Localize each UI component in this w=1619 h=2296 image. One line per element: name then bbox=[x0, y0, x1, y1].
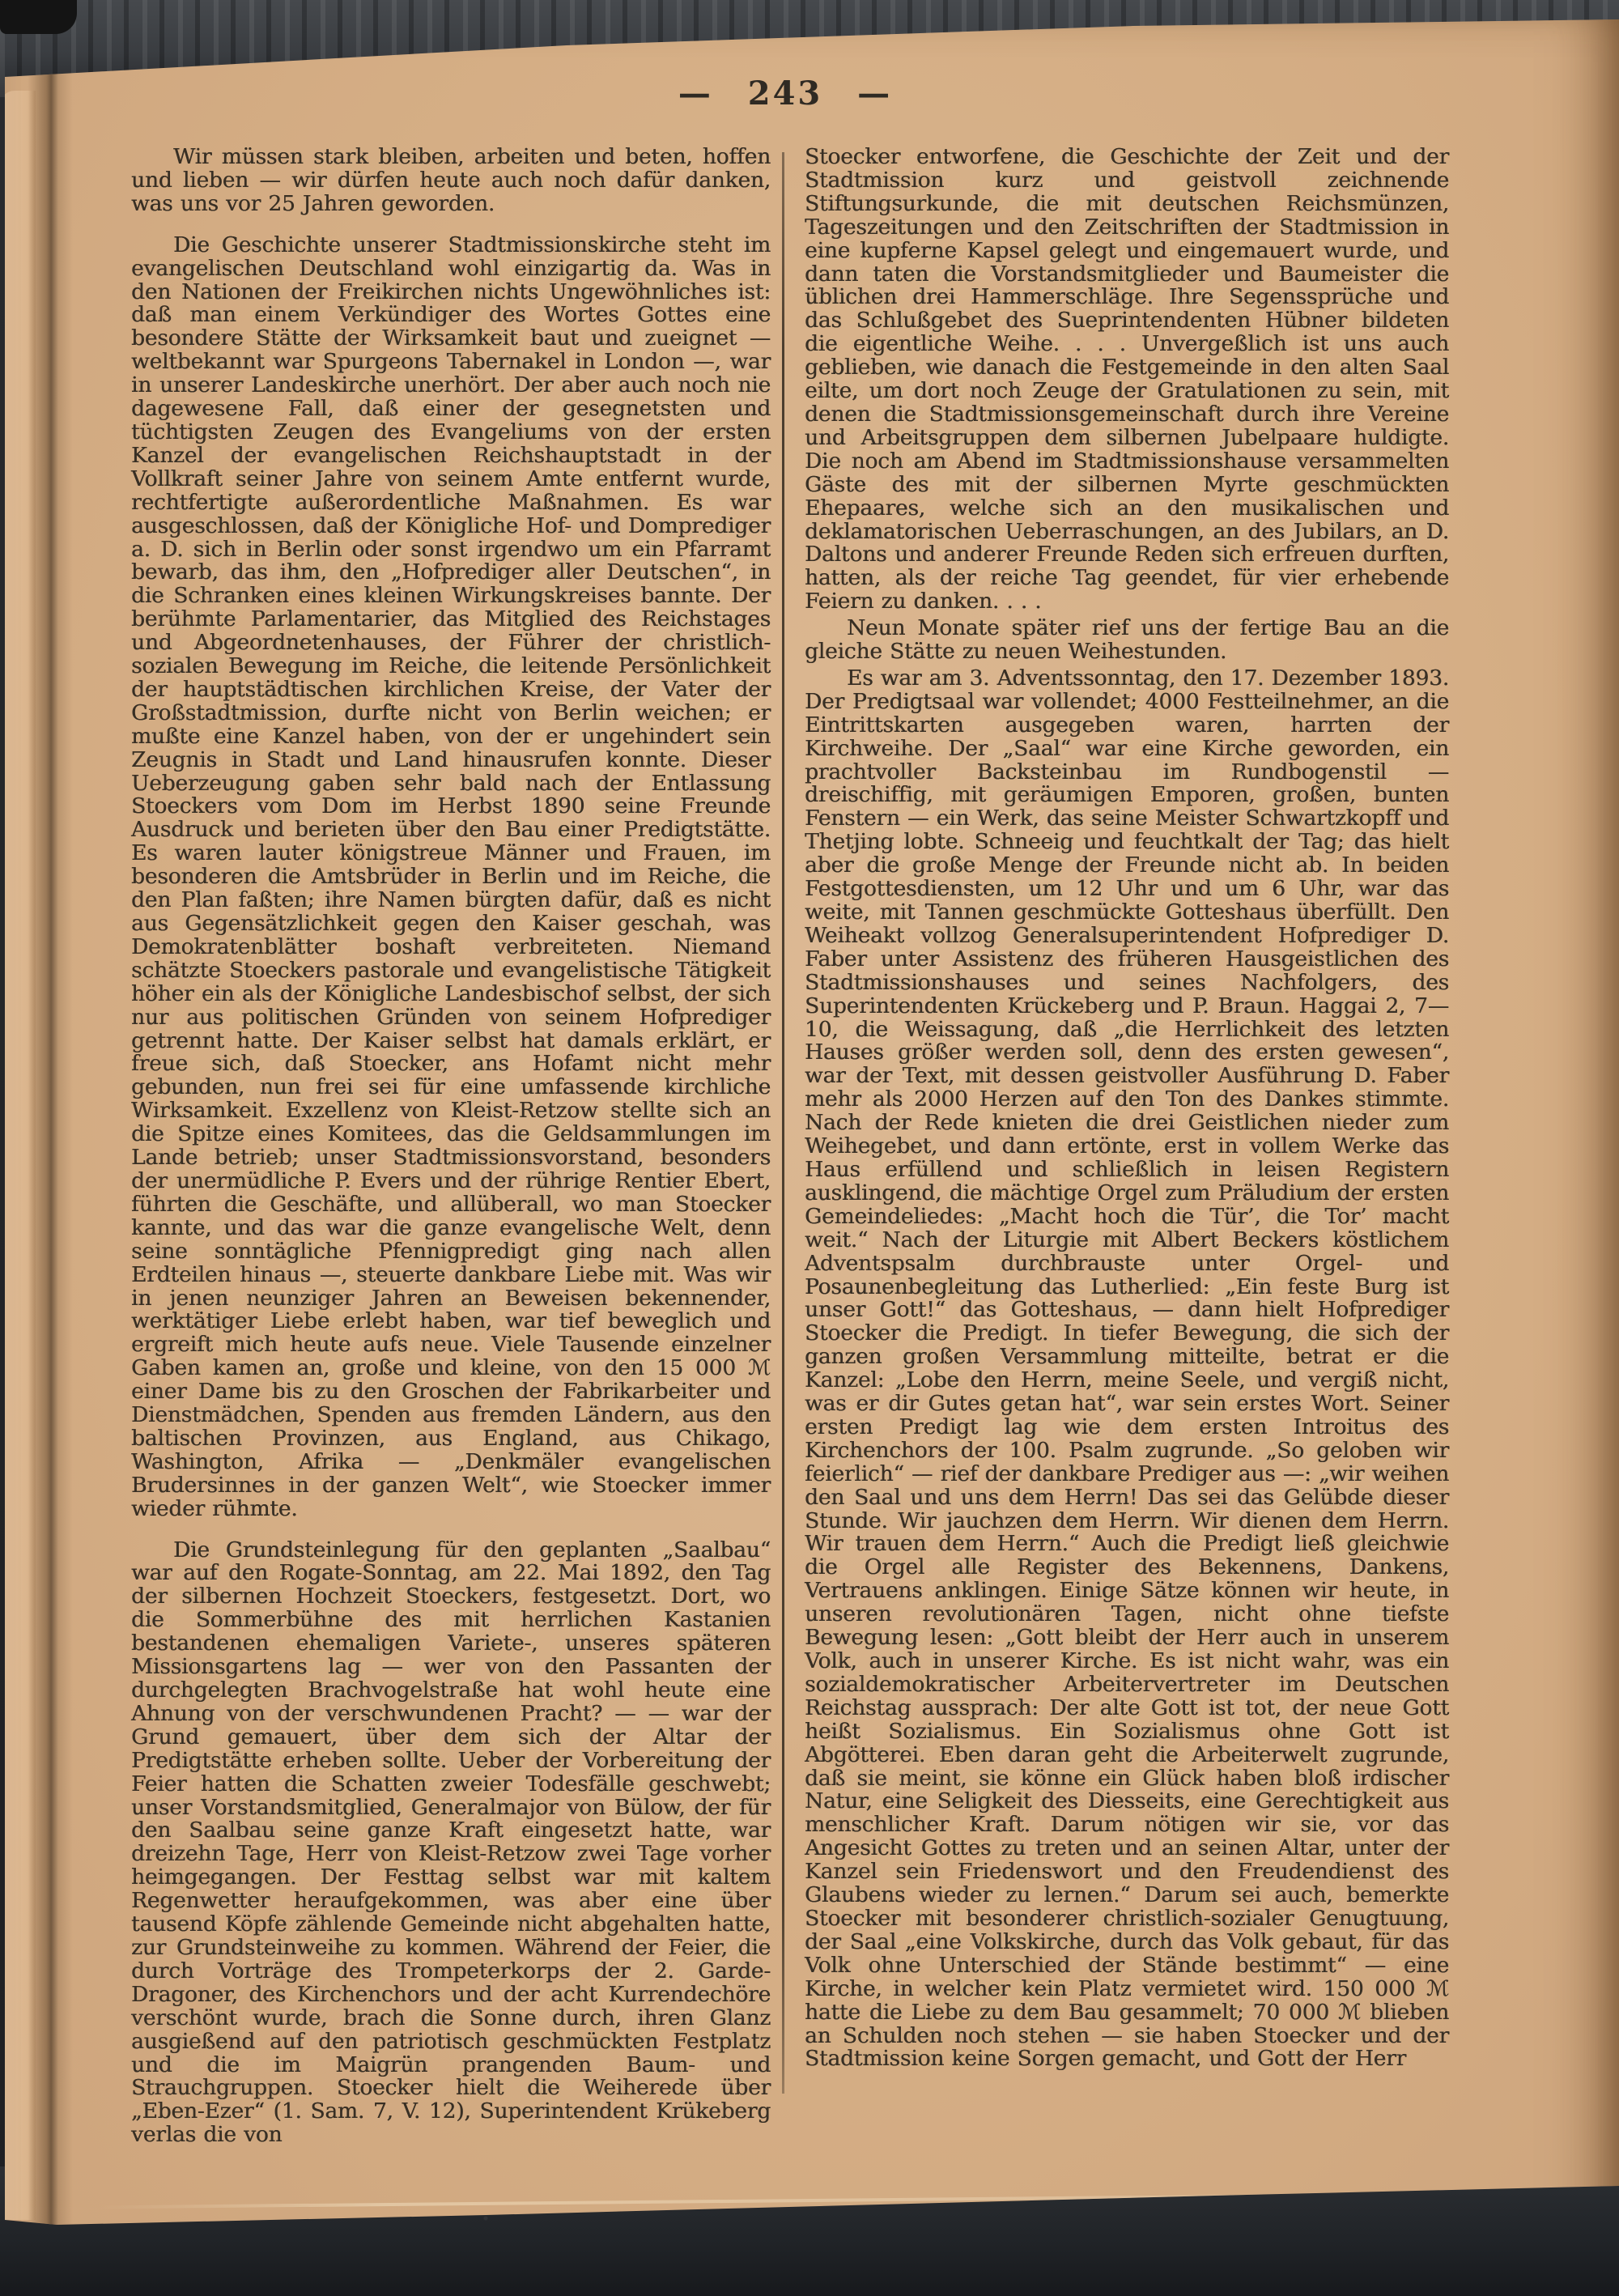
paragraph-neun-monate: Neun Monate später rief uns der fertige … bbox=[805, 617, 1449, 664]
text-column-right: Stoecker entworfene, die Geschichte der … bbox=[805, 146, 1449, 2129]
page: — 243 — Wir müssen stark bleiben, arbeit… bbox=[0, 0, 1619, 2296]
text-column-left: Wir müssen stark bleiben, arbeiten und b… bbox=[131, 146, 771, 2113]
gutter-crease bbox=[28, 49, 73, 2234]
paragraph-grundsteinlegung: Die Grundsteinlegung für den geplanten „… bbox=[131, 1539, 771, 2148]
paragraph-intro: Wir müssen stark bleiben, arbeiten und b… bbox=[131, 146, 771, 216]
paragraph-kirchweihe: Es war am 3. Adventssonntag, den 17. Dez… bbox=[805, 667, 1449, 2071]
paragraph-stiftungsurkunde: Stoecker entworfene, die Geschichte der … bbox=[805, 146, 1449, 614]
page-number: — 243 — bbox=[24, 74, 1546, 113]
book-edge-top-corner bbox=[0, 0, 77, 34]
paragraph-history: Die Geschichte unserer Stadtmissionskirc… bbox=[131, 234, 771, 1521]
column-divider-rule bbox=[782, 152, 784, 2094]
book-page-scan: — 243 — Wir müssen stark bleiben, arbeit… bbox=[0, 0, 1619, 2296]
